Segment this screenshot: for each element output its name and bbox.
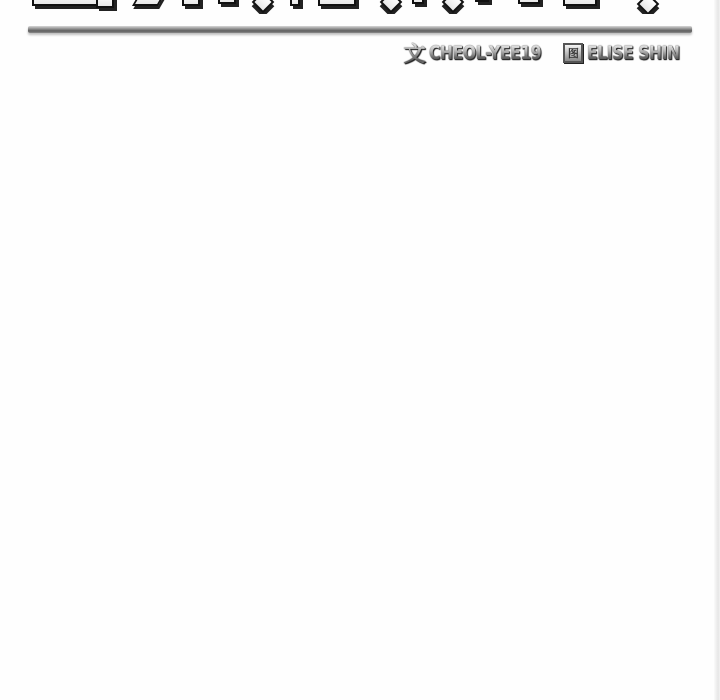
artist-mark-box: 图 — [563, 43, 583, 63]
artist-name: ELISE SHIN — [587, 42, 680, 64]
title-glyph — [563, 0, 597, 6]
artist-mark: 图 — [568, 48, 579, 59]
page-edge — [714, 0, 720, 700]
title-glyph — [637, 0, 660, 14]
writer-credit: 文 CHEOL-YEE19 — [404, 38, 565, 68]
title-glyph — [518, 0, 540, 4]
credits: 文 CHEOL-YEE19 图 ELISE SHIN — [404, 39, 700, 67]
title-glyph — [218, 0, 236, 4]
writer-mark: 文 — [403, 38, 425, 68]
title-glyph — [475, 0, 489, 2]
title-glyph — [32, 0, 106, 6]
title-glyph — [290, 0, 300, 6]
writer-name: CHEOL-YEE19 — [429, 42, 541, 64]
title-glyph — [318, 0, 356, 6]
title-divider — [28, 26, 692, 33]
title-glyph — [442, 0, 465, 13]
title-glyph — [412, 0, 424, 4]
title-glyph — [380, 0, 403, 13]
title-glyph — [182, 0, 200, 6]
title-glyph — [252, 0, 275, 13]
title-banner — [0, 0, 720, 14]
comic-page: 文 CHEOL-YEE19 图 ELISE SHIN — [0, 0, 720, 700]
artist-credit: 图 ELISE SHIN — [563, 42, 700, 64]
title-glyph — [96, 0, 114, 8]
title-glyph — [132, 0, 166, 6]
